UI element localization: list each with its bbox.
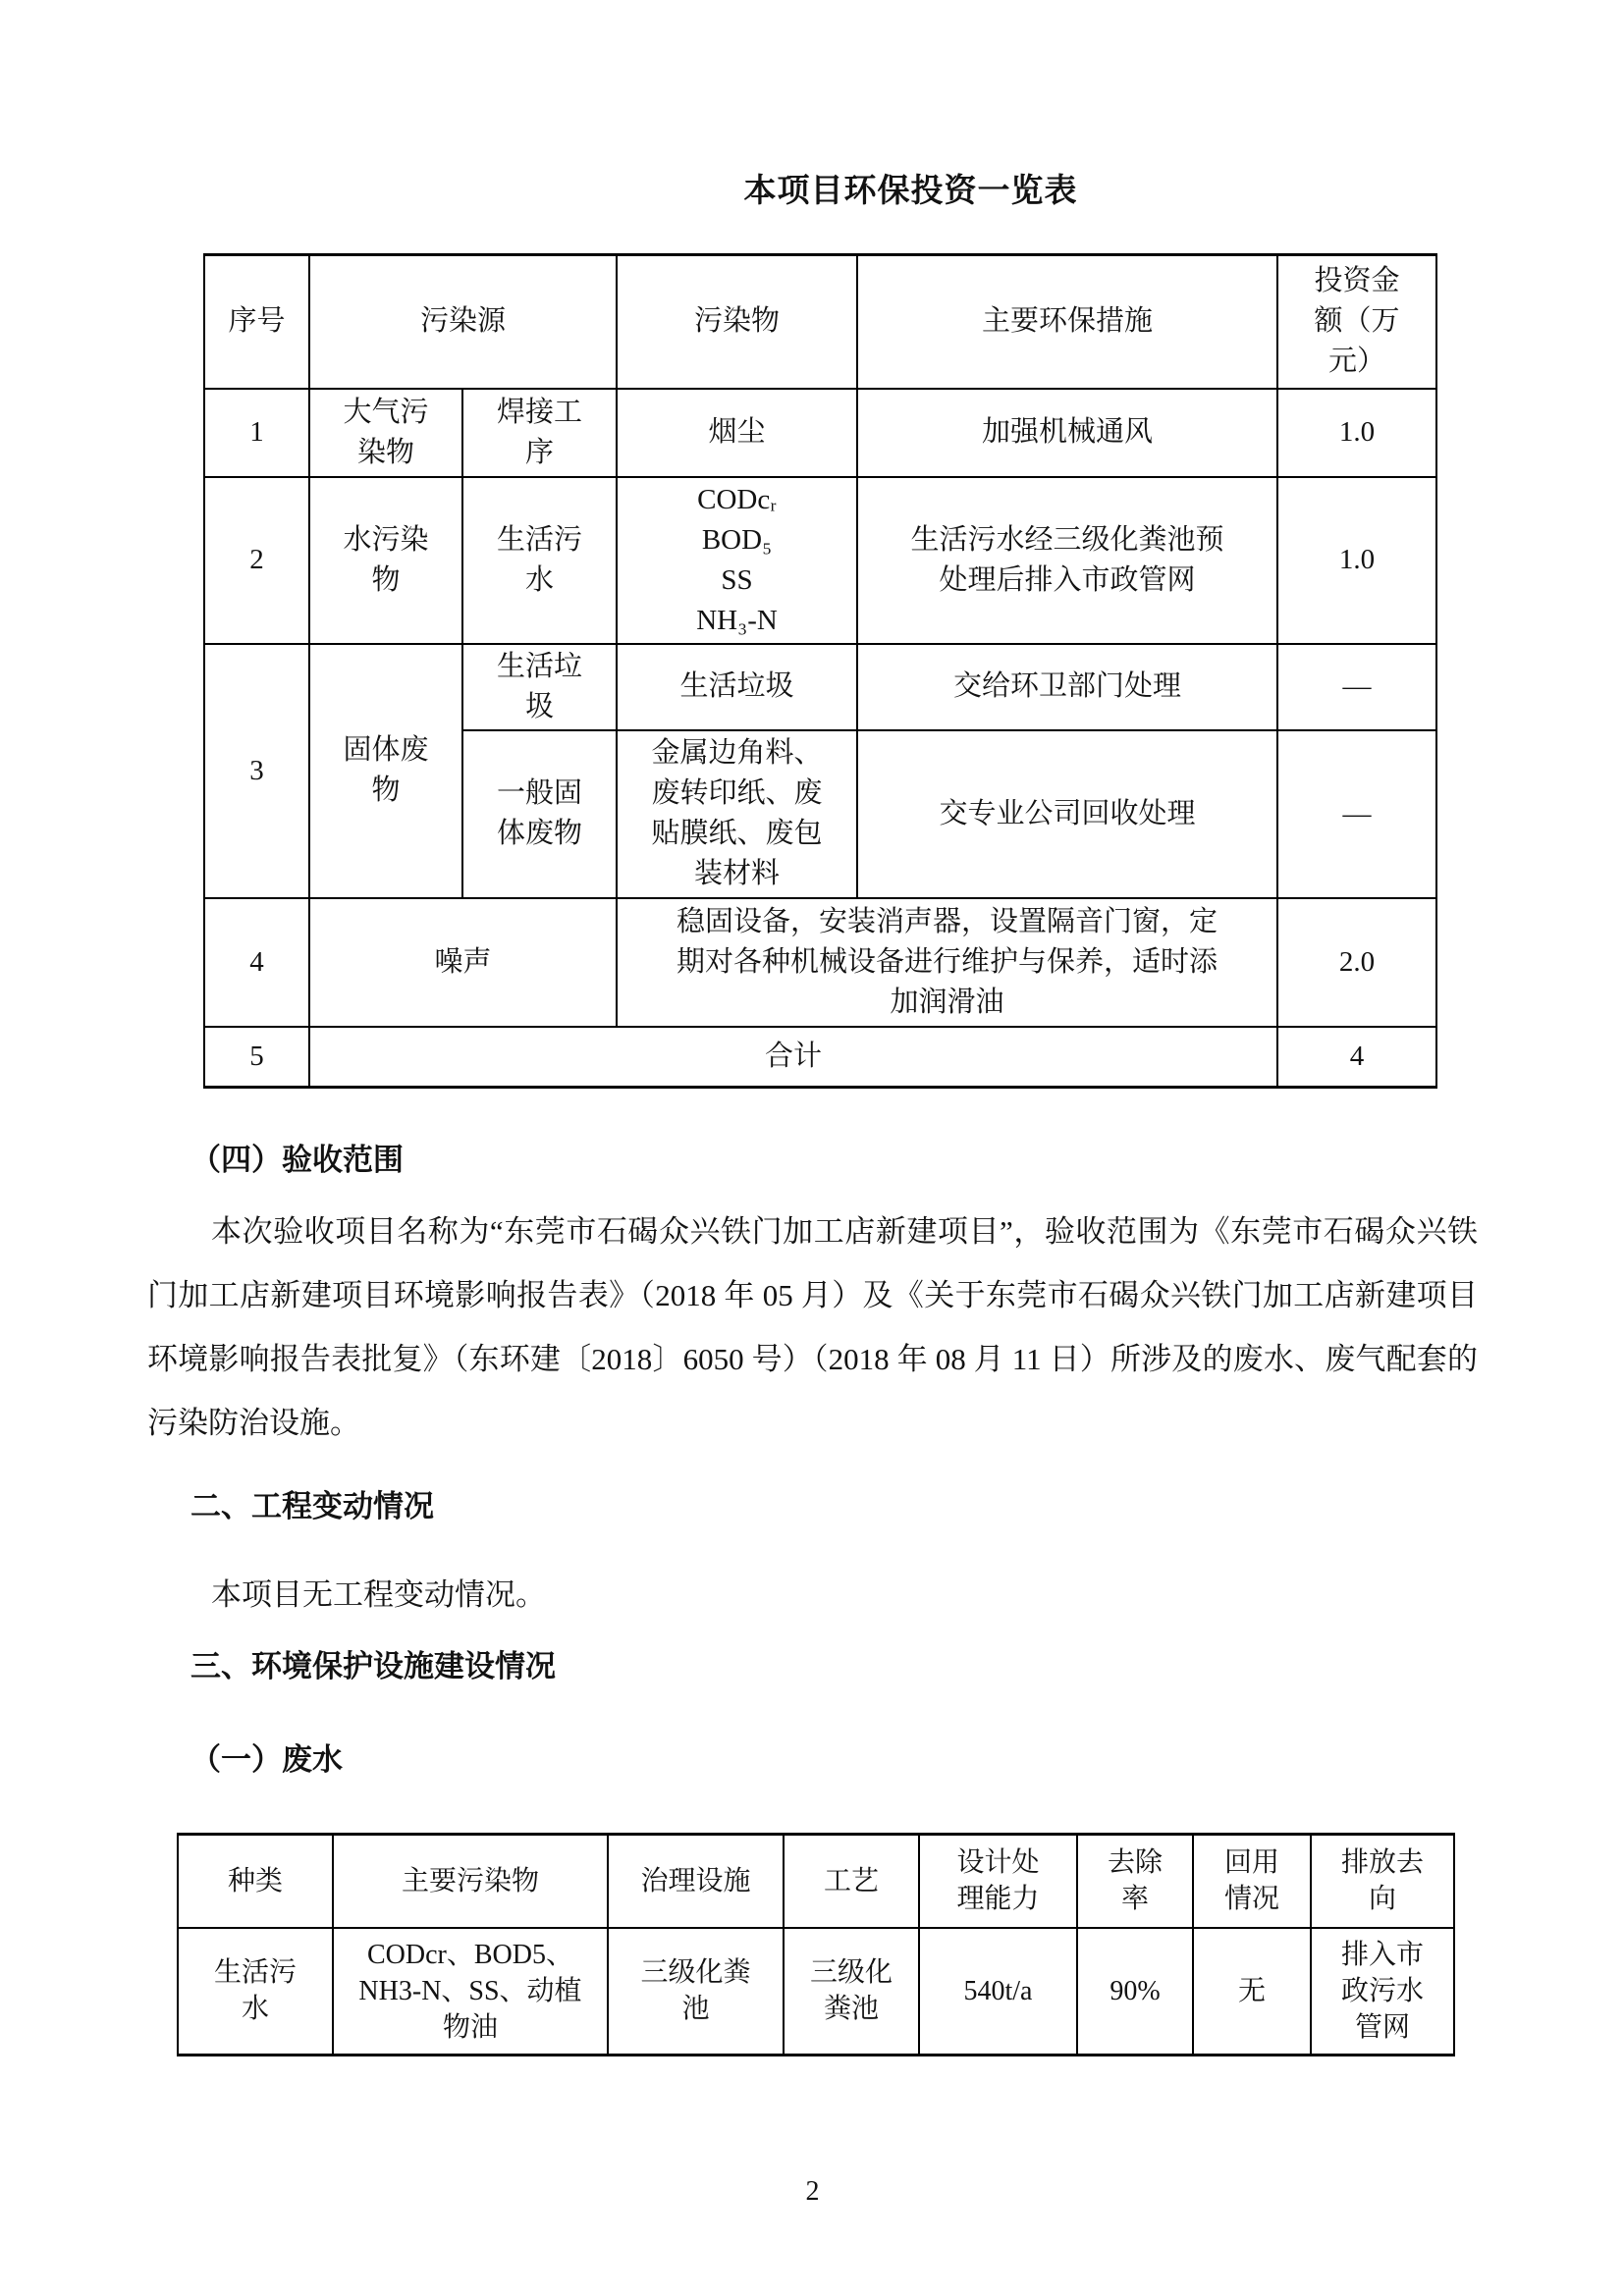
col-header-pollutant: 污染物 <box>617 255 857 389</box>
cell-measure: 交给环卫部门处理 <box>857 644 1277 730</box>
wastewater-table-header-row: 种类 主要污染物 治理设施 工艺 设计处 理能力 去除 率 回用 情况 排放去 … <box>178 1835 1454 1928</box>
table-row-total: 5 合计 4 <box>204 1027 1436 1088</box>
col-header-treatment-facility: 治理设施 <box>608 1835 784 1928</box>
section-heading-acceptance-scope: （四）验收范围 <box>147 1128 1478 1192</box>
cell-treatment-facility: 三级化粪 池 <box>608 1928 784 2056</box>
page-number: 2 <box>147 2172 1478 2212</box>
col-header-reuse-status: 回用 情况 <box>1193 1835 1311 1928</box>
cell-amount: 2.0 <box>1277 898 1436 1027</box>
cell-source-process: 生活垃 圾 <box>462 644 617 730</box>
col-header-index: 序号 <box>204 255 309 389</box>
cell-main-pollutants: CODcr、BOD5、 NH3-N、SS、动植 物油 <box>333 1928 608 2056</box>
col-header-process: 工艺 <box>784 1835 919 1928</box>
section-heading-project-changes: 二、工程变动情况 <box>147 1474 1478 1538</box>
wastewater-table: 种类 主要污染物 治理设施 工艺 设计处 理能力 去除 率 回用 情况 排放去 … <box>177 1833 1455 2056</box>
table-row-noise: 4 噪声 稳固设备，安装消声器，设置隔音门窗，定 期对各种机械设备进行维护与保养… <box>204 898 1436 1027</box>
cell-amount: 4 <box>1277 1027 1436 1088</box>
cell-index: 4 <box>204 898 309 1027</box>
investment-table: 序号 污染源 污染物 主要环保措施 投资金 额（万 元） 1 大气污 染物 焊接… <box>203 253 1437 1089</box>
page-title: 本项目环保投资一览表 <box>147 167 1478 216</box>
cell-index: 2 <box>204 477 309 644</box>
acceptance-scope-paragraph: 本次验收项目名称为“东莞市石碣众兴铁门加工店新建项目”，验收范围为《东莞市石碣众… <box>147 1200 1478 1455</box>
cell-reuse-status: 无 <box>1193 1928 1311 2056</box>
cell-process: 三级化 粪池 <box>784 1928 919 2056</box>
col-header-main-pollutants: 主要污染物 <box>333 1835 608 1928</box>
table-row-domestic-sewage: 生活污 水 CODcr、BOD5、 NH3-N、SS、动植 物油 三级化粪 池 … <box>178 1928 1454 2056</box>
col-header-discharge-destination: 排放去 向 <box>1311 1835 1454 1928</box>
cell-pollutant: 金属边角料、 废转印纸、废 贴膜纸、废包 装材料 <box>617 730 857 898</box>
cell-discharge-destination: 排入市 政污水 管网 <box>1311 1928 1454 2056</box>
col-header-removal-rate: 去除 率 <box>1077 1835 1193 1928</box>
col-header-category: 种类 <box>178 1835 333 1928</box>
cell-category: 生活污 水 <box>178 1928 333 2056</box>
investment-table-header-row: 序号 污染源 污染物 主要环保措施 投资金 额（万 元） <box>204 255 1436 389</box>
table-row-solid-waste-domestic: 3 固体废 物 生活垃 圾 生活垃圾 交给环卫部门处理 — <box>204 644 1436 730</box>
col-header-pollution-source: 污染源 <box>309 255 617 389</box>
cell-source-process: 生活污 水 <box>462 477 617 644</box>
project-changes-paragraph: 本项目无工程变动情况。 <box>147 1563 1478 1627</box>
cell-amount: — <box>1277 730 1436 898</box>
document-page: 本项目环保投资一览表 序号 污染源 污染物 主要环保措施 投资金 额（万 元） … <box>0 0 1624 2296</box>
cell-source-process: 一般固 体废物 <box>462 730 617 898</box>
cell-source-type: 水污染 物 <box>309 477 462 644</box>
cell-design-capacity: 540t/a <box>919 1928 1077 2056</box>
col-header-design-capacity: 设计处 理能力 <box>919 1835 1077 1928</box>
cell-measure: 加强机械通风 <box>857 389 1277 477</box>
cell-source-type: 噪声 <box>309 898 617 1027</box>
section-heading-wastewater: （一）废水 <box>147 1728 1478 1791</box>
col-header-investment: 投资金 额（万 元） <box>1277 255 1436 389</box>
cell-measure: 交专业公司回收处理 <box>857 730 1277 898</box>
cell-amount: — <box>1277 644 1436 730</box>
cell-removal-rate: 90% <box>1077 1928 1193 2056</box>
cell-amount: 1.0 <box>1277 389 1436 477</box>
cell-pollutant: 烟尘 <box>617 389 857 477</box>
section-heading-facility-construction: 三、环境保护设施建设情况 <box>147 1634 1478 1698</box>
table-row-air: 1 大气污 染物 焊接工 序 烟尘 加强机械通风 1.0 <box>204 389 1436 477</box>
table-row-water: 2 水污染 物 生活污 水 CODcᵣ BOD₅ SS NH₃-N 生活污水经三… <box>204 477 1436 644</box>
cell-pollutant: CODcᵣ BOD₅ SS NH₃-N <box>617 477 857 644</box>
cell-source-type: 大气污 染物 <box>309 389 462 477</box>
cell-amount: 1.0 <box>1277 477 1436 644</box>
cell-index: 5 <box>204 1027 309 1088</box>
cell-total-label: 合计 <box>309 1027 1277 1088</box>
cell-index: 3 <box>204 644 309 898</box>
cell-measure: 生活污水经三级化粪池预 处理后排入市政管网 <box>857 477 1277 644</box>
cell-index: 1 <box>204 389 309 477</box>
cell-measure: 稳固设备，安装消声器，设置隔音门窗，定 期对各种机械设备进行维护与保养，适时添 … <box>617 898 1277 1027</box>
cell-source-process: 焊接工 序 <box>462 389 617 477</box>
col-header-measures: 主要环保措施 <box>857 255 1277 389</box>
cell-pollutant: 生活垃圾 <box>617 644 857 730</box>
cell-source-type: 固体废 物 <box>309 644 462 898</box>
